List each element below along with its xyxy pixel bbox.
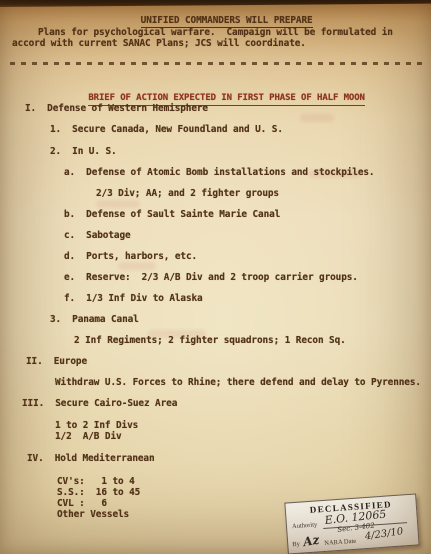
- bleedthrough-smudge: [118, 262, 156, 270]
- document-photo: UNIFIED COMMANDERS WILL PREPARE Plans fo…: [0, 0, 431, 554]
- outline-line: 1 to 2 Inf Divs: [55, 420, 138, 431]
- bleedthrough-smudge: [96, 200, 140, 208]
- outline-line: 2/3 Div; AA; and 2 fighter groups: [96, 188, 279, 199]
- outline-line: 3. Panama Canal: [50, 314, 139, 325]
- outline-line: 1/2 A/B Div: [55, 431, 122, 442]
- outline-line: S.S.: 16 to 45: [57, 487, 140, 498]
- intro-paragraph-line-2: accord with current SANAC Plans; JCS wil…: [12, 38, 306, 49]
- outline-line: a. Defense of Atomic Bomb installations …: [64, 167, 374, 178]
- declassified-stamp: DECLASSIFIED Authority E.O. 12065 Sec. 3…: [284, 493, 419, 554]
- outline-line: b. Defense of Sault Sainte Marie Canal: [64, 209, 280, 220]
- outline-line-roman-1: I. Defense of Western Hemisphere: [25, 103, 208, 114]
- intro-paragraph-line-1: Plans for psychological warfare. Campaig…: [38, 27, 393, 38]
- outline-line: Withdraw U.S. Forces to Rhine; there def…: [55, 377, 421, 388]
- outline-line: CVL : 6: [57, 498, 107, 509]
- outline-line: c. Sabotage: [64, 230, 131, 241]
- outline-line: 2 Inf Regiments; 2 fighter squadrons; 1 …: [74, 335, 346, 346]
- dashed-divider: [10, 62, 428, 65]
- stamp-nara-date-label: NARA Date: [324, 538, 356, 547]
- outline-line: 1. Secure Canada, New Foundland and U. S…: [50, 124, 283, 135]
- outline-line: d. Ports, harbors, etc.: [64, 251, 197, 262]
- outline-line-roman-2: II. Europe: [26, 356, 87, 367]
- outline-line: CV's: 1 to 4: [57, 476, 135, 487]
- outline-line: e. Reserve: 2/3 A/B Div and 2 troop carr…: [64, 272, 358, 283]
- stamp-signature: Az: [302, 533, 320, 550]
- stamp-authority-label: Authority: [292, 521, 318, 530]
- outline-line: f. 1/3 Inf Div to Alaska: [64, 293, 203, 304]
- outline-line: 2. In U. S.: [50, 146, 117, 157]
- stamp-by-label: By: [292, 541, 300, 549]
- outline-line: Other Vessels: [57, 509, 129, 520]
- outline-line-roman-4: IV. Hold Mediterranean: [27, 453, 155, 464]
- outline-line-roman-3: III. Secure Cairo-Suez Area: [22, 398, 177, 409]
